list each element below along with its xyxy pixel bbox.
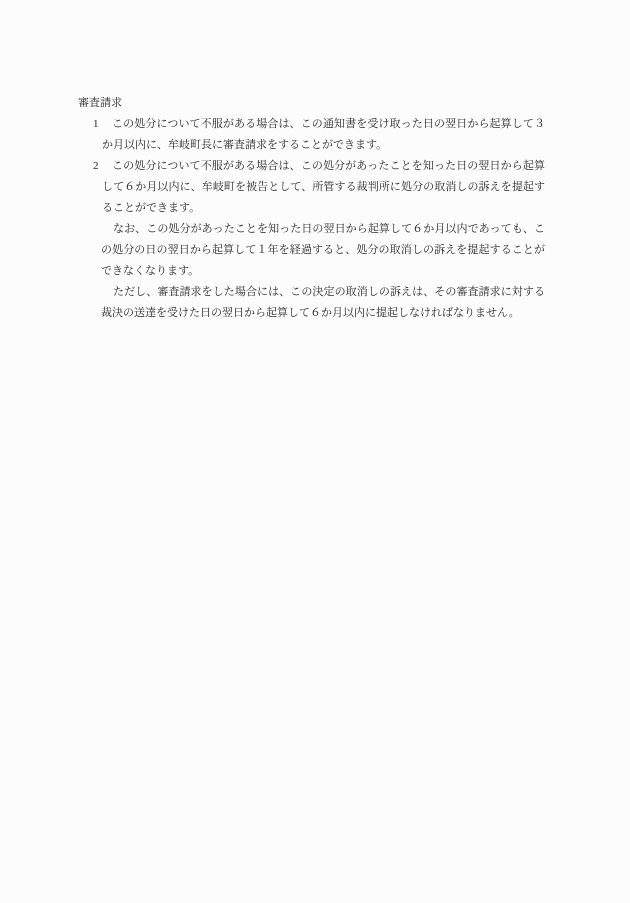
list-item-1-line-2: か月以内に、牟岐町長に審査請求をすることができます。 xyxy=(0,135,545,156)
tadashi-paragraph-line-2: 裁決の送達を受けた日の翌日から起算して６か月以内に提起しなければなりません。 xyxy=(0,303,545,324)
document-page: 審査請求 1 この処分について不服がある場合は、この通知書を受け取った日の翌日か… xyxy=(0,0,630,903)
list-item-2-line-3: ることができます。 xyxy=(0,198,545,219)
list-item-1-text-line-1: この処分について不服がある場合は、この通知書を受け取った日の翌日から起算して３ xyxy=(112,114,545,135)
nao-paragraph-line-3: できなくなります。 xyxy=(0,261,545,282)
nao-paragraph-text-line-3: できなくなります。 xyxy=(101,261,545,282)
nao-paragraph-text-line-1: なお、この処分があったことを知った日の翌日から起算して６か月以内であっても、こ xyxy=(113,219,545,240)
list-item-2-text-line-3: ることができます。 xyxy=(102,198,545,219)
nao-paragraph-line-2: の処分の日の翌日から起算して１年を経過すると、処分の取消しの訴えを提起することが xyxy=(0,240,545,261)
section-title-text: 審査請求 xyxy=(78,93,545,114)
nao-paragraph-text-line-2: の処分の日の翌日から起算して１年を経過すると、処分の取消しの訴えを提起することが xyxy=(101,240,545,261)
list-item-2-line-1: 2 この処分について不服がある場合は、この処分があったことを知った日の翌日から起… xyxy=(0,156,545,177)
appeal-notice-text-block: 審査請求 1 この処分について不服がある場合は、この通知書を受け取った日の翌日か… xyxy=(0,93,545,324)
section-title: 審査請求 xyxy=(0,93,545,114)
list-item-1-text-line-2: か月以内に、牟岐町長に審査請求をすることができます。 xyxy=(102,135,545,156)
list-item-1-number: 1 xyxy=(93,114,99,135)
tadashi-paragraph-text-line-2: 裁決の送達を受けた日の翌日から起算して６か月以内に提起しなければなりません。 xyxy=(101,303,545,324)
list-item-2-text-line-1: この処分について不服がある場合は、この処分があったことを知った日の翌日から起算 xyxy=(112,156,545,177)
tadashi-paragraph-line-1: ただし、審査請求をした場合には、この決定の取消しの訴えは、その審査請求に対する xyxy=(0,282,545,303)
list-item-2-text-line-2: して６か月以内に、牟岐町を被告として、所管する裁判所に処分の取消しの訴えを提起す xyxy=(102,177,545,198)
list-item-2-number: 2 xyxy=(93,156,99,177)
list-item-2-line-2: して６か月以内に、牟岐町を被告として、所管する裁判所に処分の取消しの訴えを提起す xyxy=(0,177,545,198)
nao-paragraph-line-1: なお、この処分があったことを知った日の翌日から起算して６か月以内であっても、こ xyxy=(0,219,545,240)
list-item-1-line-1: 1 この処分について不服がある場合は、この通知書を受け取った日の翌日から起算して… xyxy=(0,114,545,135)
tadashi-paragraph-text-line-1: ただし、審査請求をした場合には、この決定の取消しの訴えは、その審査請求に対する xyxy=(113,282,545,303)
